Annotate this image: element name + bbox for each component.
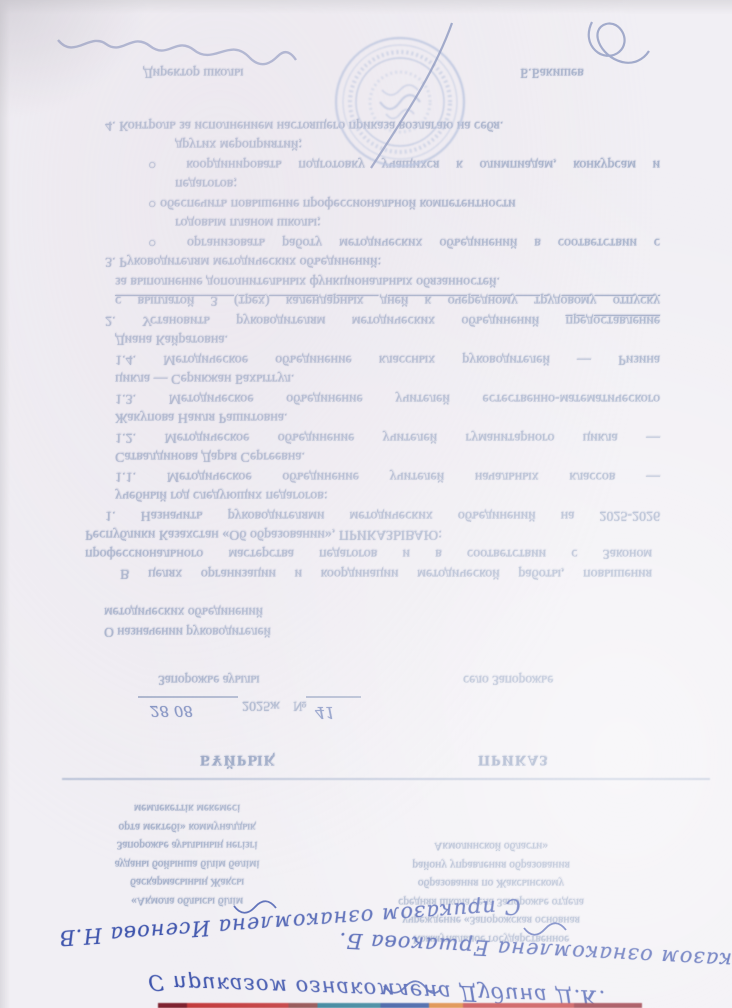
pen-signature-squiggle: [524, 923, 566, 935]
flipped-sheet: Коммунальное государственное учреждение …: [0, 0, 732, 1008]
director-signature-scrawl: [58, 40, 296, 64]
signature-swirl: [589, 22, 649, 63]
pen-stroke-through-stamp: [371, 23, 452, 168]
ink-flourishes: [0, 0, 732, 1008]
scan-edge-color-strip: [158, 1003, 642, 1008]
scanned-document-page: Коммунальное государственное учреждение …: [0, 0, 732, 1008]
